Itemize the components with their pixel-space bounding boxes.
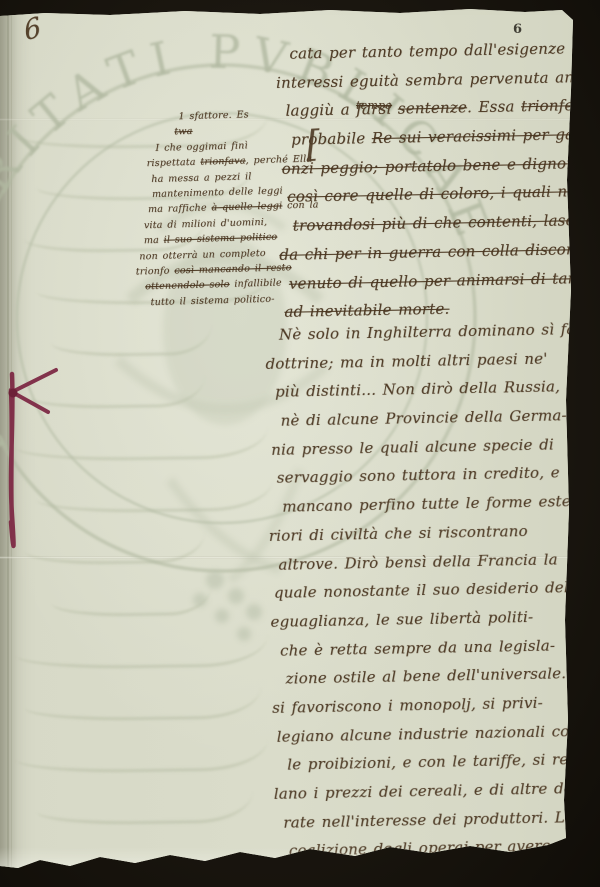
stamped-page-number: 6 xyxy=(513,22,523,37)
binding-ribbon xyxy=(0,350,90,887)
manuscript-page: PROSPERITATI PVBLICAE xyxy=(0,0,600,887)
manuscript-line: coalizione degli operaj per avere un xyxy=(275,836,583,871)
manuscript-photo: PROSPERITATI PVBLICAE xyxy=(0,0,600,887)
main-text-opening-paragraph: cata per tanto tempo dall'esigenze dell'… xyxy=(275,39,580,332)
main-text-body-paragraph: Nè solo in Inghilterra dominano sì fatte… xyxy=(265,320,583,871)
